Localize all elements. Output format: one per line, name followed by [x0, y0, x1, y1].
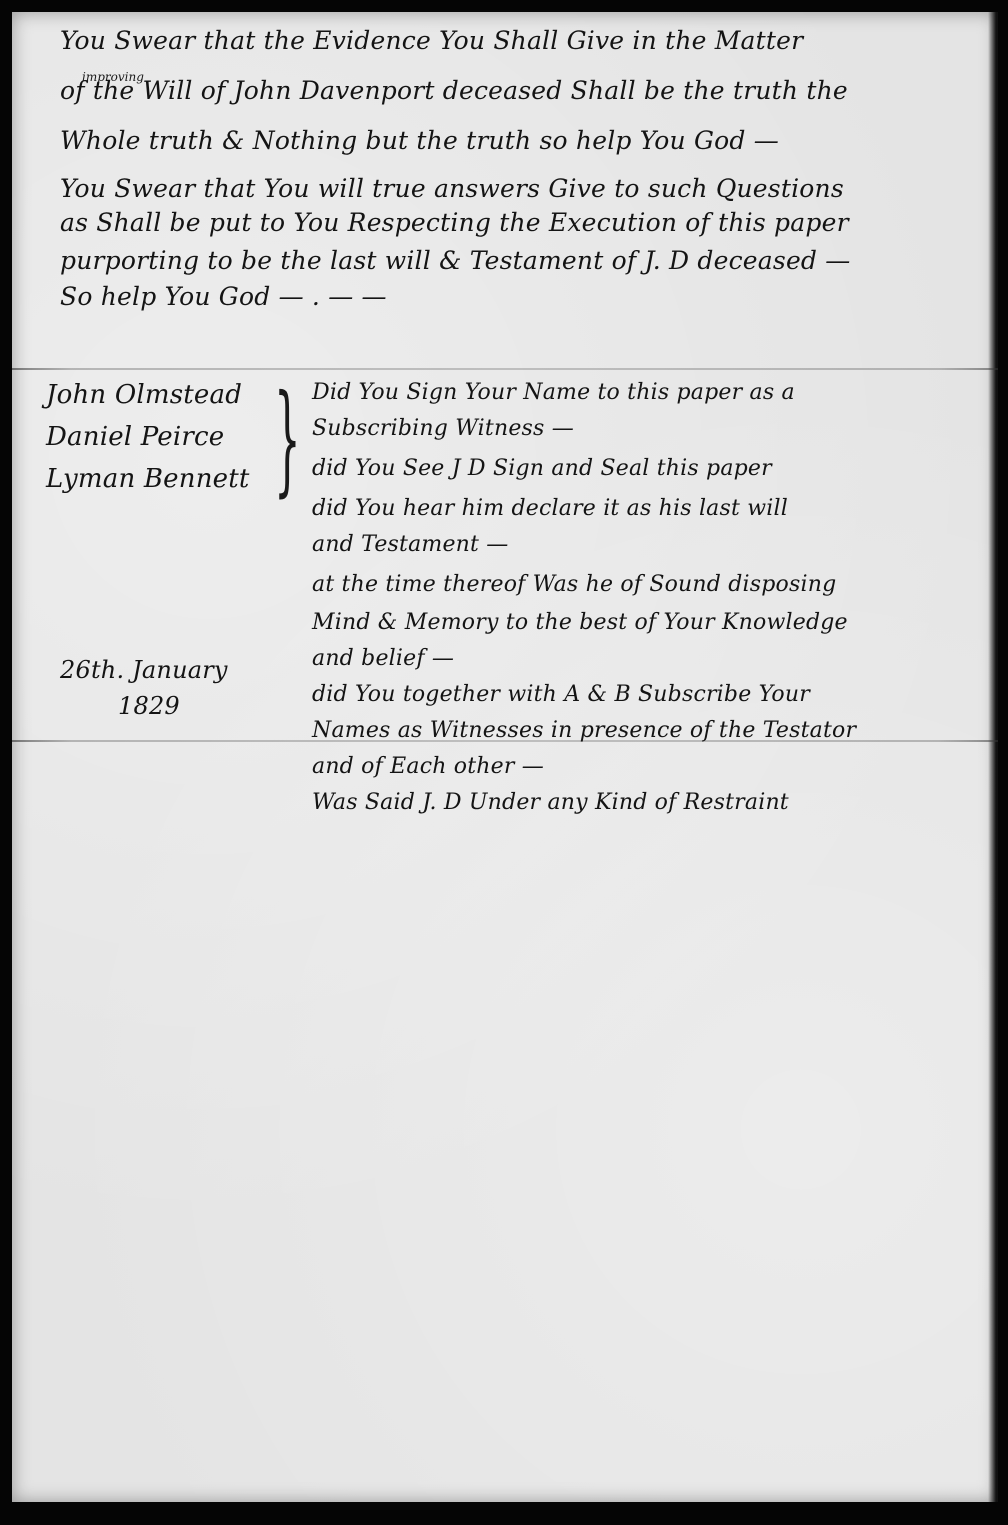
oath-line: purporting to be the last will & Testame…	[60, 246, 850, 275]
question-line: at the time thereof Was he of Sound disp…	[312, 572, 836, 597]
question-line: Was Said J. D Under any Kind of Restrain…	[312, 790, 789, 815]
oath-line: of the Will of John Davenport deceased S…	[60, 76, 848, 105]
question-line: and of Each other —	[312, 754, 544, 779]
witness-name: Daniel Peirce	[46, 422, 224, 452]
question-line: and Testament —	[312, 532, 508, 557]
question-line: Did You Sign Your Name to this paper as …	[312, 380, 795, 405]
question-line: did You See J D Sign and Seal this paper	[312, 456, 772, 481]
question-line: Mind & Memory to the best of Your Knowle…	[312, 610, 848, 635]
date-day: 26th. January	[60, 656, 228, 684]
page-edge-shadow	[988, 12, 998, 1502]
oath-line: Whole truth & Nothing but the truth so h…	[60, 126, 779, 155]
oath-line: So help You God — . — —	[60, 282, 387, 311]
brace-bracket: }	[274, 380, 301, 500]
witness-name: John Olmstead	[46, 380, 242, 410]
question-line: Subscribing Witness —	[312, 416, 574, 441]
question-line: did You hear him declare it as his last …	[312, 496, 788, 521]
question-line: did You together with A & B Subscribe Yo…	[312, 682, 810, 707]
oath-line: You Swear that You will true answers Giv…	[60, 174, 844, 203]
document-page: improving You Swear that the Evidence Yo…	[12, 12, 998, 1502]
question-line: Names as Witnesses in presence of the Te…	[312, 718, 856, 743]
oath-line: as Shall be put to You Respecting the Ex…	[60, 208, 849, 237]
fold-line	[12, 368, 998, 370]
oath-line: You Swear that the Evidence You Shall Gi…	[60, 26, 803, 55]
witness-name: Lyman Bennett	[46, 464, 250, 494]
date-year: 1829	[118, 692, 180, 720]
question-line: and belief —	[312, 646, 454, 671]
